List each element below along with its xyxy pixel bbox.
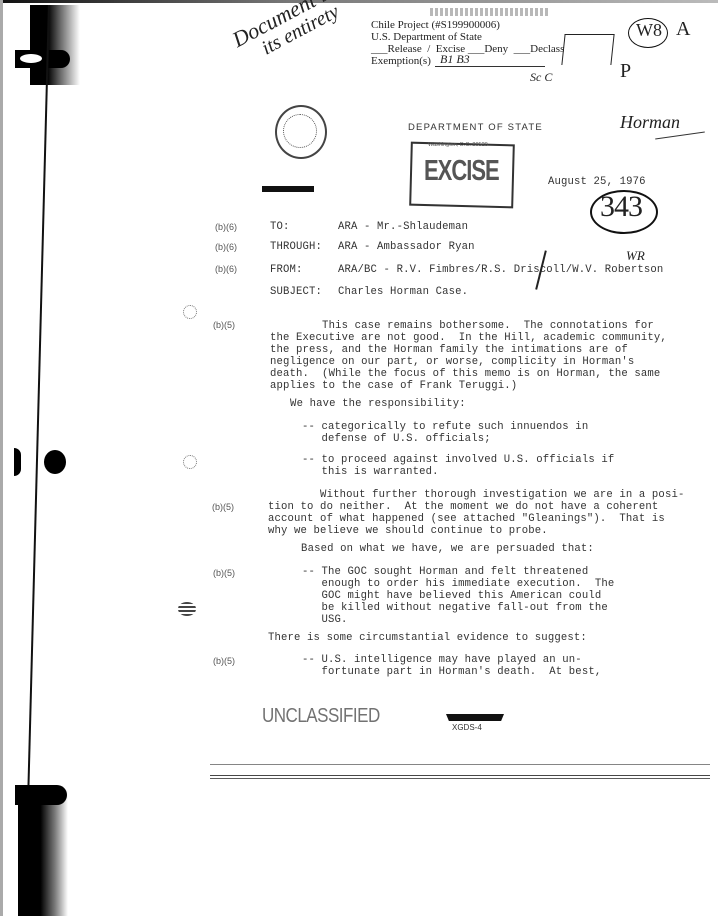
bullet-1: -- categorically to refute such innuendo… <box>302 421 588 445</box>
letterhead-department: DEPARTMENT OF STATE <box>408 122 543 133</box>
bullet-2: -- to proceed against involved U.S. offi… <box>302 454 614 478</box>
handwritten-bracket <box>561 34 614 65</box>
classification-marking: UNCLASSIFIED <box>262 704 380 728</box>
binder-clip-highlight <box>20 54 42 63</box>
margin-circle-mark <box>183 305 197 319</box>
paragraph-2: We have the responsibility: <box>238 398 466 410</box>
binder-clip-bottom <box>15 785 67 805</box>
stamp-underline <box>435 66 545 67</box>
paragraph-5: There is some circumstantial evidence to… <box>268 632 587 644</box>
scan-top-edge <box>0 0 718 3</box>
stamp-initials: Sc C <box>530 70 552 85</box>
faded-classification-stamp <box>430 8 550 16</box>
field-value-to: ARA - Mr.-Shlaudeman <box>338 221 468 233</box>
field-value-from: ARA/BC - R.V. Fimbres/R.S. Driscoll/W.V.… <box>338 264 663 276</box>
margin-exemption: (b)(5) <box>213 568 235 578</box>
stamp-exemptions-label: Exemption(s) <box>371 56 431 67</box>
field-value-subject: Charles Horman Case. <box>338 286 468 298</box>
punch-hole-right <box>44 450 66 474</box>
margin-scribble-mark <box>178 602 196 616</box>
stamp-project: Chile Project (#S199900006) <box>371 20 500 31</box>
field-label-subject: SUBJECT: <box>270 286 322 298</box>
field-label-from: FROM: <box>270 264 303 276</box>
handwritten-p: P <box>620 60 631 83</box>
margin-exemption: (b)(6) <box>215 222 237 232</box>
handwritten-signature: Horman <box>620 112 680 133</box>
field-value-through: ARA - Ambassador Ryan <box>338 241 475 253</box>
margin-exemption: (b)(5) <box>212 502 234 512</box>
excise-stamp-text: EXCISE <box>424 154 499 188</box>
redaction-bar-footer <box>446 714 504 721</box>
bullet-3: -- The GOC sought Horman and felt threat… <box>302 566 614 626</box>
footer-rule-2 <box>210 775 710 776</box>
stamp-exemptions-value: B1 B3 <box>440 52 470 67</box>
margin-exemption: (b)(6) <box>215 264 237 274</box>
redaction-bar-top <box>262 186 314 192</box>
field-label-through: THROUGH: <box>270 241 322 253</box>
margin-exemption: (b)(5) <box>213 320 235 330</box>
declassification-code: XGDS-4 <box>452 723 482 732</box>
footer-rule-1 <box>210 764 710 765</box>
footer-rule-3 <box>210 778 710 779</box>
circled-number: 343 <box>600 190 642 224</box>
stamp-department: U.S. Department of State <box>371 32 482 43</box>
margin-exemption: (b)(5) <box>213 656 235 666</box>
scan-left-edge <box>0 0 3 916</box>
seal-eagle-icon <box>283 114 317 148</box>
handwritten-suffix: A <box>676 18 690 41</box>
punch-hole-left <box>14 448 21 476</box>
bullet-4: -- U.S. intelligence may have played an … <box>302 654 601 678</box>
paragraph-3: Without further thorough investigation w… <box>268 489 684 537</box>
paragraph-4: Based on what we have, we are persuaded … <box>249 543 594 555</box>
memo-date: August 25, 1976 <box>548 176 646 188</box>
margin-circle-mark <box>183 455 197 469</box>
margin-exemption: (b)(6) <box>215 242 237 252</box>
letterhead-city: Washington, D.C. 20520 <box>428 142 488 148</box>
handwritten-initials: WR <box>626 248 645 264</box>
binding-shadow-bottom <box>18 790 68 916</box>
field-label-to: TO: <box>270 221 290 233</box>
handwritten-code: W8 <box>636 20 662 41</box>
paragraph-1: This case remains bothersome. The connot… <box>270 320 667 392</box>
binding-shadow-top <box>30 5 80 85</box>
